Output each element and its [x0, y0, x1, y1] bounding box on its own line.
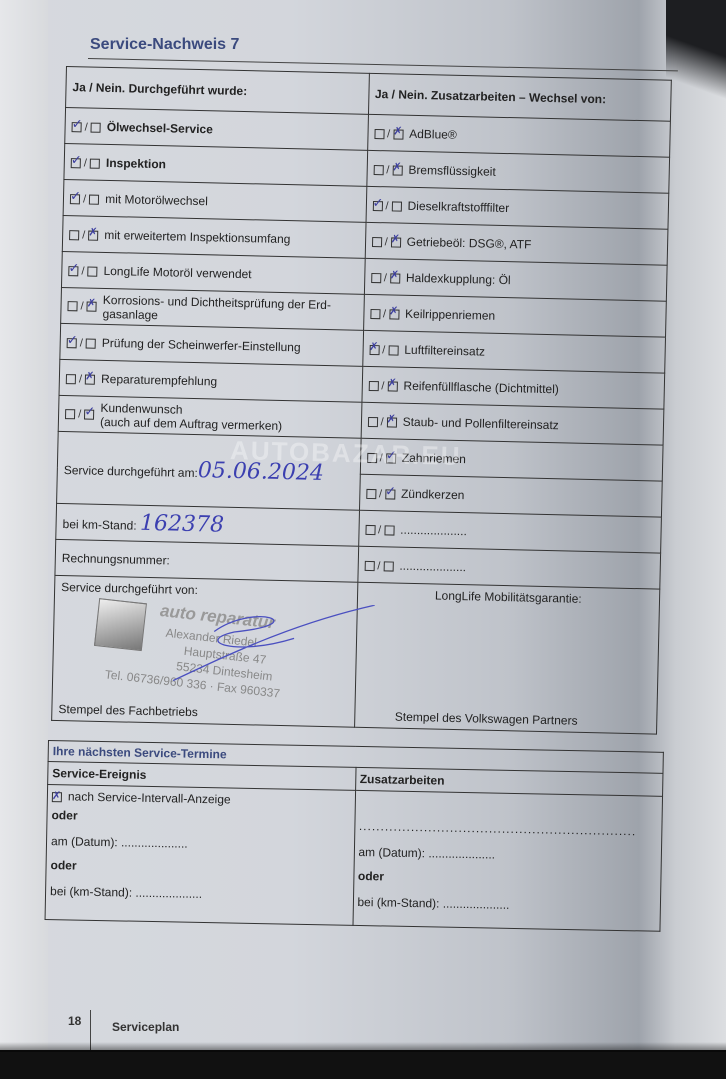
- background-corner: [666, 0, 726, 120]
- ja-nein-checkboxes: /: [369, 343, 398, 356]
- nein-checkbox[interactable]: [87, 301, 97, 311]
- extra-work-cell: ........................................…: [352, 790, 662, 931]
- ja-nein-checkboxes: /: [67, 337, 96, 350]
- nein-checkbox[interactable]: [383, 561, 393, 571]
- right-column-header: Ja / Nein. Zusatzarbeiten – Wechsel von:: [368, 73, 671, 121]
- ja-checkbox[interactable]: [369, 345, 379, 355]
- ja-checkbox[interactable]: [373, 165, 383, 175]
- ja-checkbox[interactable]: [372, 201, 382, 211]
- ja-checkbox[interactable]: [368, 381, 378, 391]
- ja-nein-checkboxes: /: [365, 523, 394, 536]
- nein-checkbox[interactable]: [91, 122, 101, 132]
- nein-checkbox[interactable]: [391, 237, 401, 247]
- nein-checkbox[interactable]: [391, 201, 401, 211]
- ja-nein-checkboxes: /: [65, 408, 94, 421]
- ja-checkbox[interactable]: [371, 273, 381, 283]
- ja-checkbox[interactable]: [374, 129, 384, 139]
- ja-nein-checkboxes: /: [371, 271, 400, 284]
- extra-km-field[interactable]: bei (km-Stand): ....................: [357, 893, 656, 917]
- watermark: AUTOBAZAR.EU: [230, 435, 462, 472]
- ja-nein-checkboxes: /: [366, 487, 395, 500]
- ja-nein-checkboxes: /: [372, 199, 401, 212]
- nein-checkbox[interactable]: [85, 374, 95, 384]
- km-value[interactable]: 162378: [140, 511, 225, 538]
- page-title: Service-Nachweis 7: [90, 36, 239, 54]
- ja-checkbox[interactable]: [69, 230, 79, 240]
- service-event-cell: nach Service-Intervall-Anzeige oder am (…: [45, 785, 355, 926]
- nein-checkbox[interactable]: [88, 230, 98, 240]
- oder-label: oder: [358, 867, 657, 891]
- page-footer: 18 Serviceplan: [68, 1014, 81, 1028]
- nein-checkbox[interactable]: [87, 266, 97, 276]
- nein-checkbox[interactable]: [84, 409, 94, 419]
- ja-nein-checkboxes: /: [71, 121, 100, 134]
- ja-nein-checkboxes: /: [66, 373, 95, 386]
- next-date-field[interactable]: am (Datum): ....................: [51, 832, 350, 856]
- ja-checkbox[interactable]: [67, 301, 77, 311]
- ja-checkbox[interactable]: [370, 309, 380, 319]
- nein-checkbox[interactable]: [385, 489, 395, 499]
- page-number: 18: [68, 1014, 81, 1028]
- nein-checkbox[interactable]: [89, 194, 99, 204]
- stamp-logo: [94, 598, 147, 651]
- ja-checkbox[interactable]: [367, 417, 377, 427]
- next-service-table: Ihre nächsten Service-Termine Service-Er…: [45, 740, 664, 932]
- nein-checkbox[interactable]: [387, 381, 397, 391]
- nein-checkbox[interactable]: [389, 309, 399, 319]
- left-column-header: Ja / Nein. Durchgeführt wurde:: [66, 67, 369, 115]
- service-record-table: Ja / Nein. Durchgeführt wurde: Ja / Nein…: [51, 66, 672, 735]
- next-km-field[interactable]: bei (km-Stand): ....................: [50, 882, 349, 906]
- ja-nein-checkboxes: /: [68, 265, 97, 278]
- ja-checkbox[interactable]: [366, 489, 376, 499]
- nein-checkbox[interactable]: [390, 273, 400, 283]
- extra-date-field[interactable]: am (Datum): ....................: [358, 843, 657, 867]
- workshop-stamp-cell: Service durchgeführt von:auto reparaturA…: [52, 575, 358, 727]
- ja-checkbox[interactable]: [71, 158, 81, 168]
- ja-nein-checkboxes: /: [367, 415, 396, 428]
- ja-nein-checkboxes: /: [368, 379, 397, 392]
- ja-checkbox[interactable]: [364, 560, 374, 570]
- nein-checkbox[interactable]: [388, 345, 398, 355]
- oder-label: oder: [50, 856, 349, 880]
- ja-nein-checkboxes: /: [374, 128, 403, 141]
- ja-nein-checkboxes: /: [370, 307, 399, 320]
- vw-partner-stamp-cell: LongLife Mobilitätsgarantie:Stempel des …: [354, 582, 660, 734]
- ja-checkbox[interactable]: [68, 266, 78, 276]
- ja-nein-checkboxes: /: [70, 193, 99, 206]
- extra-work-field[interactable]: ........................................…: [359, 817, 658, 841]
- section-name: Serviceplan: [112, 1020, 179, 1034]
- ja-checkbox[interactable]: [65, 409, 75, 419]
- ja-nein-checkboxes: /: [71, 157, 100, 170]
- ja-nein-checkboxes: /: [364, 559, 393, 572]
- ja-checkbox[interactable]: [365, 524, 375, 534]
- nein-checkbox[interactable]: [90, 158, 100, 168]
- ja-checkbox[interactable]: [371, 237, 381, 247]
- nein-checkbox[interactable]: [86, 338, 96, 348]
- nein-checkbox[interactable]: [387, 417, 397, 427]
- ja-checkbox[interactable]: [66, 374, 76, 384]
- ja-nein-checkboxes: /: [373, 163, 402, 176]
- signature: [173, 601, 375, 696]
- ja-nein-checkboxes: /: [67, 300, 96, 313]
- ja-nein-checkboxes: /: [69, 229, 98, 242]
- page-bottom-shadow: [0, 1050, 726, 1079]
- ja-nein-checkboxes: /: [371, 235, 400, 248]
- page-edge: [0, 0, 48, 1079]
- ja-checkbox[interactable]: [70, 194, 80, 204]
- nein-checkbox[interactable]: [393, 129, 403, 139]
- ja-checkbox[interactable]: [67, 338, 77, 348]
- nein-checkbox[interactable]: [392, 165, 402, 175]
- nein-checkbox[interactable]: [384, 525, 394, 535]
- ja-checkbox[interactable]: [72, 122, 82, 132]
- interval-checkbox[interactable]: [52, 792, 62, 802]
